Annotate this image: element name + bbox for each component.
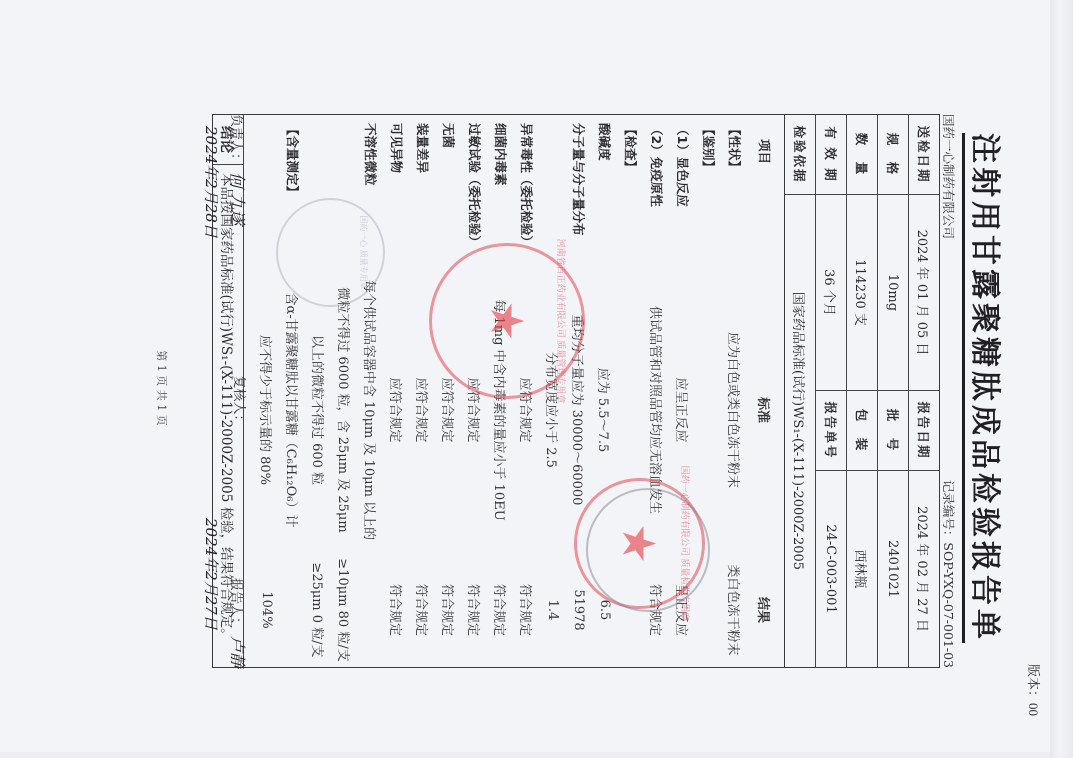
table-row: （2）免疫原性供试品管和对照品管均应无溶血发生符合规定	[646, 115, 668, 667]
validity-value: 36 个月	[815, 195, 846, 391]
table-row: 【检查】	[620, 115, 642, 667]
inspection-report-page: 版本：00 注射用甘露聚糖肽成品检验报告单 国药一心制药有限公司 记录编号：SO…	[40, 48, 1050, 728]
field-label: 报告单号	[815, 391, 846, 471]
basis-label: 检验依据	[784, 115, 815, 195]
test-item: 细菌内毒素	[492, 123, 510, 186]
responsible-signature: 负责人：何 九遂	[227, 114, 250, 225]
packaging-value: 西林瓶	[846, 471, 877, 667]
table-row: （1）显色反应应呈正反应呈正反应	[672, 115, 694, 667]
test-result: 符合规定	[388, 555, 407, 665]
test-result: 符合规定	[414, 555, 433, 665]
test-result: 6.5	[598, 555, 613, 665]
table-row: 可见异物应符合规定符合规定	[386, 115, 408, 667]
test-result: 符合规定	[440, 555, 459, 665]
reviewer-signature: 复核人：	[227, 376, 250, 428]
report-date-value: 2024 年 02 月 27 日	[908, 471, 939, 667]
test-result: 符合规定	[648, 555, 667, 665]
batch-number-value: 2401021	[877, 471, 908, 667]
table-row: 不溶性微粒每个供试品容器中含 10μm 及 10μm 以上的	[360, 115, 382, 667]
page-footer: 第 1 页 共 1 页	[154, 48, 170, 728]
reporter-handwriting: 卢静	[228, 636, 247, 668]
test-standard: 供试品管和对照品管均应无溶血发生	[648, 265, 667, 555]
test-result: 符合规定	[518, 555, 537, 665]
table-row: 【性状】应为白色或类白色冻干粉末类白色冻干粉末	[724, 115, 746, 667]
version-label: 版本：00	[1025, 664, 1044, 716]
table-row: 装量差异应符合规定符合规定	[412, 115, 434, 667]
test-standard: 应符合规定	[466, 265, 485, 555]
test-result: 1.4	[546, 555, 561, 665]
table-row: 【含量测定】含α-甘露聚糖肽以甘露糖（C₆H₁₂O₆）计	[282, 115, 304, 667]
field-label: 批 号	[877, 391, 908, 471]
test-item: 酸碱度	[596, 123, 614, 161]
scanner-edge	[1050, 0, 1073, 758]
field-label: 有 效 期	[815, 115, 846, 195]
test-item: 【鉴别】	[700, 123, 718, 173]
test-standard: 应为 5.5～7.5	[596, 265, 615, 555]
test-item: 异常毒性（委托检验）	[518, 123, 536, 248]
table-row: 无菌应符合规定符合规定	[438, 115, 460, 667]
responsible-handwriting: 何 九遂	[228, 172, 247, 225]
test-standard: 重均分子量应为 30000～60000	[570, 265, 589, 555]
report-table: 送检日期 2024 年 01 月 05 日 报告日期 2024 年 02 月 2…	[212, 114, 940, 668]
test-item: 分子量与分子量分布	[570, 123, 588, 236]
basis-row: 检验依据 国家药品标准(试行)WS₁-(X-111)-2000Z-2005	[784, 115, 815, 667]
column-header-result: 结果	[756, 555, 775, 665]
spec-value: 10mg	[877, 195, 908, 391]
submit-date-value: 2024 年 01 月 05 日	[908, 195, 939, 391]
basis-value: 国家药品标准(试行)WS₁-(X-111)-2000Z-2005	[784, 195, 815, 667]
test-result: 类白色冻干粉末	[726, 555, 745, 665]
column-header-item: 项目	[756, 139, 774, 164]
test-result: 符合规定	[466, 555, 485, 665]
table-row: 以上的微粒不得过 600 粒≥25μm 0 粒/支	[308, 115, 330, 667]
test-standard: 应呈正反应	[674, 265, 693, 555]
responsible-date: 2024年2月28日	[201, 126, 222, 238]
test-result: 呈正反应	[674, 555, 693, 665]
table-row: 细菌内毒素每 1mg 中含内毒素的量应小于 10EU符合规定	[490, 115, 512, 667]
field-label: 包 装	[846, 391, 877, 471]
table-row: 过敏试验（委托检验）应符合规定符合规定	[464, 115, 486, 667]
table-row: 微粒不得过 6000 粒，含 25μm 及 25μm≥10μm 80 粒/支	[334, 115, 356, 667]
meta-row: 国药一心制药有限公司 记录编号：SOP-YXQ-07-001-03	[940, 114, 958, 668]
table-row: 分布宽度应小于 2.51.4	[542, 115, 564, 667]
test-standard: 应为白色或类白色冻干粉末	[726, 265, 745, 555]
test-standard: 微粒不得过 6000 粒，含 25μm 及 25μm	[336, 265, 355, 555]
test-result: 符合规定	[492, 555, 511, 665]
table-row: 应不得少于标示量的 80%104%	[256, 115, 278, 667]
test-item: 无菌	[440, 123, 458, 148]
quantity-value: 114230 支	[846, 195, 877, 391]
test-standard: 应符合规定	[440, 265, 459, 555]
table-row: 【鉴别】	[698, 115, 720, 667]
field-label: 报告日期	[908, 391, 939, 471]
company-name: 国药一心制药有限公司	[940, 114, 958, 239]
reporter-signature: 报告人：卢静	[227, 578, 250, 668]
header-fields: 送检日期 2024 年 01 月 05 日 报告日期 2024 年 02 月 2…	[815, 115, 939, 667]
test-standard: 应符合规定	[414, 265, 433, 555]
test-result: ≥25μm 0 粒/支	[310, 555, 329, 665]
test-item: （1）显色反应	[674, 123, 692, 207]
test-items-body: 项目 标准 结果 【性状】应为白色或类白色冻干粉末类白色冻干粉末【鉴别】（1）显…	[243, 115, 784, 667]
report-title: 注射用甘露聚糖肽成品检验报告单	[966, 48, 1010, 728]
table-row: 酸碱度应为 5.5～7.56.5	[594, 115, 616, 667]
test-standard: 应符合规定	[388, 265, 407, 555]
column-header-standard: 标准	[756, 265, 775, 555]
test-item: 可见异物	[388, 123, 406, 173]
table-row: 分子量与分子量分布重均分子量应为 30000～6000051978	[568, 115, 590, 667]
test-result: 104%	[260, 555, 275, 665]
record-number: 记录编号：SOP-YXQ-07-001-03	[940, 480, 958, 668]
test-standard: 分布宽度应小于 2.5	[544, 265, 563, 555]
test-item: 装量差异	[414, 123, 432, 173]
test-item: 不溶性微粒	[362, 123, 380, 186]
table-row: 异常毒性（委托检验）应符合规定符合规定	[516, 115, 538, 667]
test-item: 过敏试验（委托检验）	[466, 123, 484, 248]
field-label: 数 量	[846, 115, 877, 195]
test-standard: 应符合规定	[518, 265, 537, 555]
test-item: 【性状】	[726, 123, 744, 173]
test-standard: 每个供试品容器中含 10μm 及 10μm 以上的	[362, 265, 381, 555]
report-number-value: 24-C-003-001	[815, 471, 846, 667]
test-item: 【含量测定】	[284, 123, 302, 198]
field-label: 送检日期	[908, 115, 939, 195]
field-label: 规 格	[877, 115, 908, 195]
test-item: 【检查】	[622, 123, 640, 173]
test-result: ≥10μm 80 粒/支	[336, 555, 355, 665]
column-header-row: 项目 标准 结果	[754, 115, 776, 667]
test-standard: 含α-甘露聚糖肽以甘露糖（C₆H₁₂O₆）计	[284, 265, 303, 555]
reporter-date: 2024年2月27日	[201, 518, 222, 630]
test-result: 51978	[572, 555, 587, 665]
test-standard: 应不得少于标示量的 80%	[258, 265, 277, 555]
test-standard: 每 1mg 中含内毒素的量应小于 10EU	[492, 265, 511, 555]
test-item: （2）免疫原性	[648, 123, 666, 207]
test-standard: 以上的微粒不得过 600 粒	[310, 265, 329, 555]
signature-row: 负责人：何 九遂 复核人： 报告人：卢静	[227, 114, 250, 668]
